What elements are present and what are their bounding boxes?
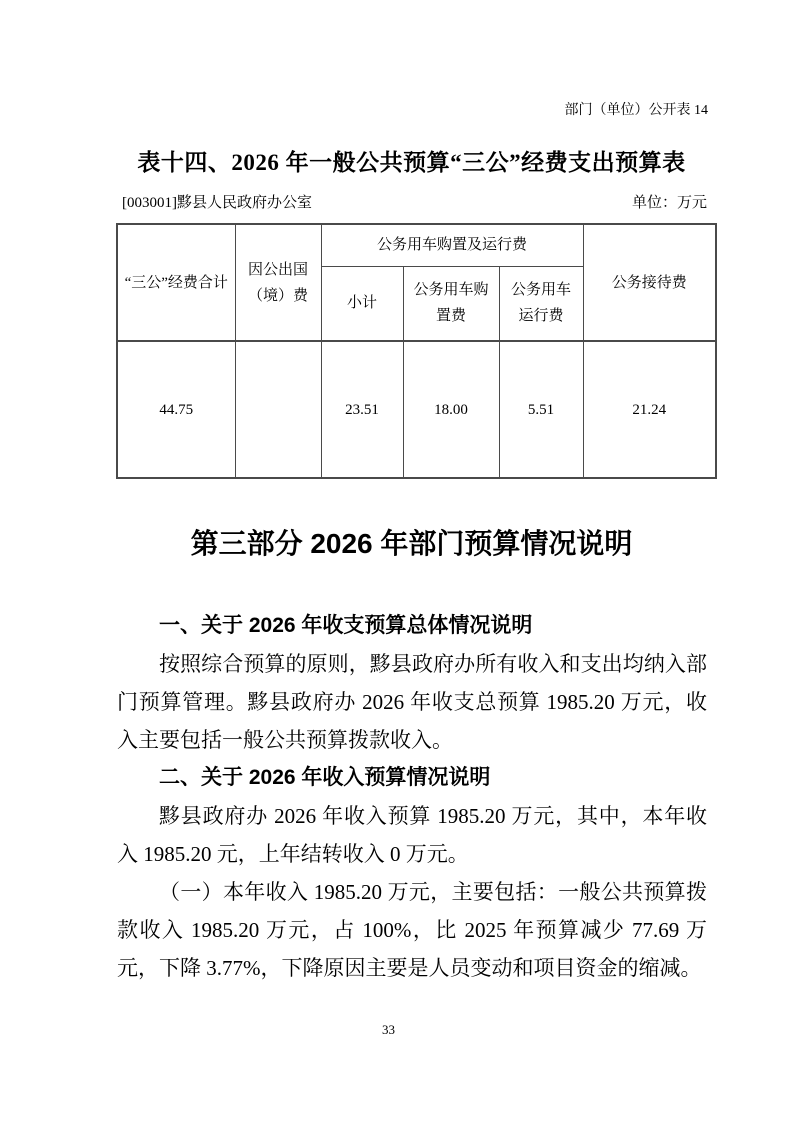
paragraph-1: 按照综合预算的原则，黟县政府办所有收入和支出均纳入部门预算管理。黟县政府办 20… [117, 645, 707, 759]
unit-note: 单位：万元 [632, 194, 707, 212]
meta-row: [003001]黟县人民政府办公室 单位：万元 [122, 194, 707, 212]
page-number: 33 [0, 1022, 777, 1038]
header-cell-vehicle-purchase: 公务用车购置费 [403, 266, 499, 341]
value-abroad [235, 341, 321, 478]
document-page: 部门（单位）公开表 14 表十四、2026 年一般公共预算“三公”经费支出预算表… [0, 0, 793, 1122]
header-cell-vehicle-subtotal: 小计 [321, 266, 403, 341]
org-code-name: [003001]黟县人民政府办公室 [122, 194, 312, 212]
header-cell-vehicle-group: 公务用车购置及运行费 [321, 224, 583, 266]
header-cell-vehicle-operation: 公务用车运行费 [499, 266, 583, 341]
corner-table-label: 部门（单位）公开表 14 [565, 103, 709, 119]
value-reception: 21.24 [583, 341, 716, 478]
paragraph-2: 黟县政府办 2026 年收入预算 1985.20 万元，其中，本年收入 1985… [117, 797, 707, 873]
value-vehicle-operation: 5.51 [499, 341, 583, 478]
value-vehicle-purchase: 18.00 [403, 341, 499, 478]
table-data-row: 44.75 23.51 18.00 5.51 21.24 [117, 341, 716, 478]
paragraph-3: （一）本年收入 1985.20 万元，主要包括：一般公共预算拨款收入 1985.… [117, 873, 707, 987]
header-cell-reception: 公务接待费 [583, 224, 716, 341]
header-cell-total: “三公”经费合计 [117, 224, 235, 341]
table-header-row-1: “三公”经费合计 因公出国（境）费 公务用车购置及运行费 公务接待费 [117, 224, 716, 266]
value-vehicle-subtotal: 23.51 [321, 341, 403, 478]
value-total: 44.75 [117, 341, 235, 478]
budget-table: “三公”经费合计 因公出国（境）费 公务用车购置及运行费 公务接待费 小计 公务… [116, 223, 717, 479]
body-text: 一、关于 2026 年收支预算总体情况说明 按照综合预算的原则，黟县政府办所有收… [117, 607, 707, 987]
header-cell-abroad: 因公出国（境）费 [235, 224, 321, 341]
section-title: 第三部分 2026 年部门预算情况说明 [116, 528, 707, 560]
subsection-heading-1: 一、关于 2026 年收支预算总体情况说明 [117, 607, 707, 645]
table-title: 表十四、2026 年一般公共预算“三公”经费支出预算表 [116, 149, 707, 177]
subsection-heading-2: 二、关于 2026 年收入预算情况说明 [117, 759, 707, 797]
